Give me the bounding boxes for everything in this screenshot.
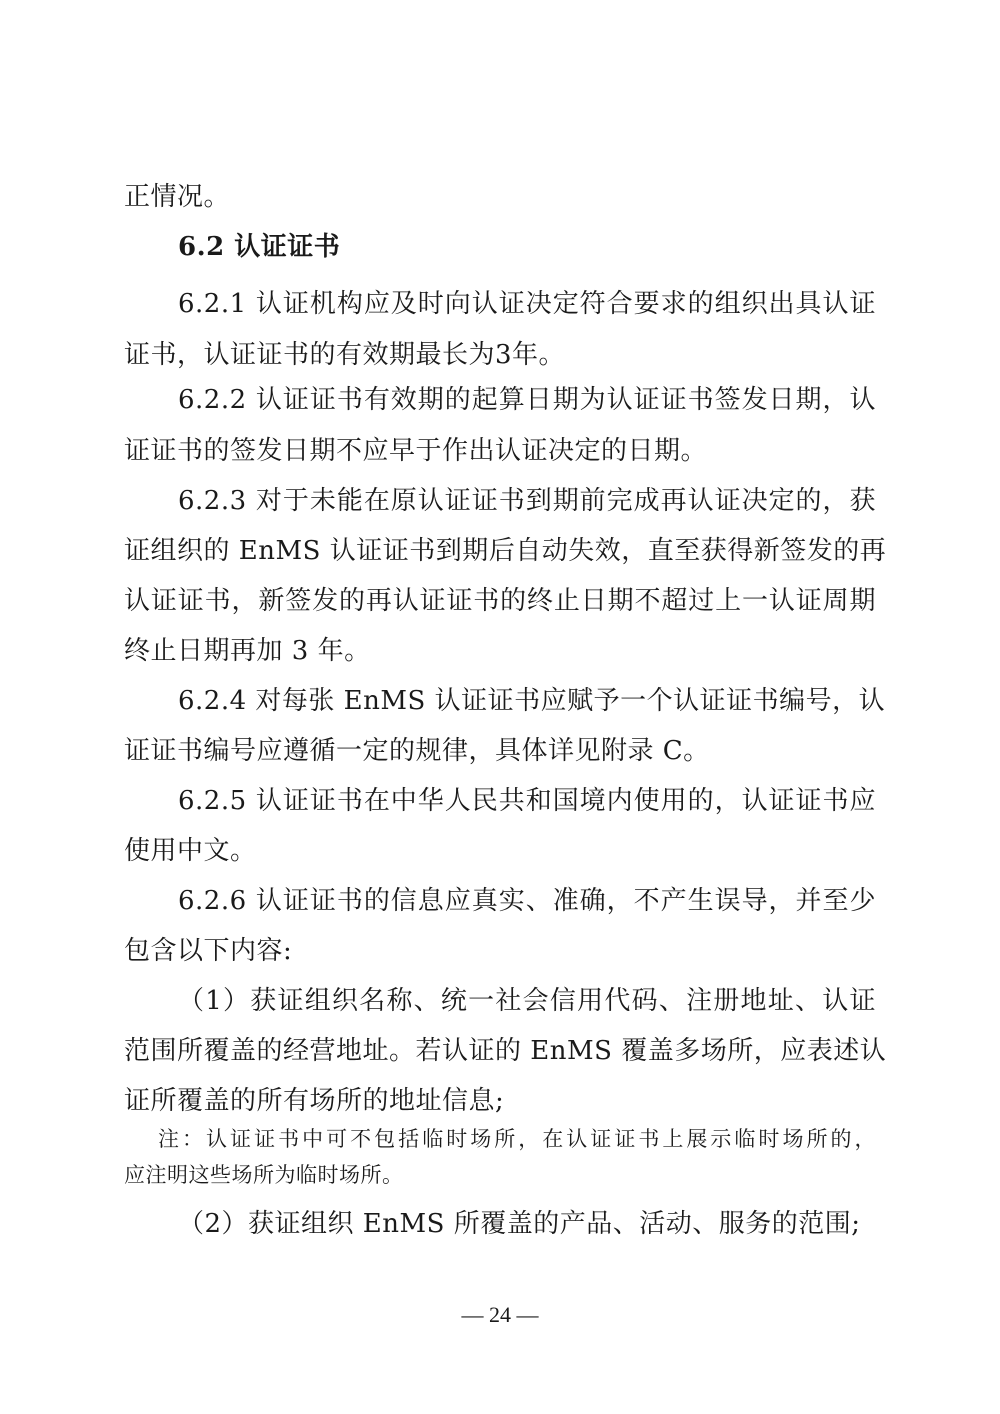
paragraph-line: 包含以下内容: xyxy=(124,936,876,966)
page-number: — 24 — xyxy=(0,1302,1000,1328)
paragraph-line: 证证书编号应遵循一定的规律，具体详见附录 C。 xyxy=(124,736,876,766)
paragraph-line: 终止日期再加 3 年。 xyxy=(124,636,876,666)
paragraph-line: 证书，认证证书的有效期最长为3年。 xyxy=(124,340,876,370)
paragraph-line: 正情况。 xyxy=(124,182,876,212)
note-line: 注：认证证书中可不包括临时场所，在认证证书上展示临时场所的， xyxy=(158,1126,876,1152)
paragraph-line: 6.2.4 对每张 EnMS 认证证书应赋予一个认证证书编号，认 xyxy=(178,686,876,716)
paragraph-line: 6.2.2 认证证书有效期的起算日期为认证证书签发日期，认 xyxy=(178,385,876,415)
section-heading: 6.2 认证证书 xyxy=(178,232,876,262)
note-line: 应注明这些场所为临时场所。 xyxy=(124,1162,876,1188)
list-item-line: 证所覆盖的所有场所的地址信息; xyxy=(124,1086,876,1116)
list-item-line: （1）获证组织名称、统一社会信用代码、注册地址、认证 xyxy=(178,986,876,1016)
paragraph-line: 6.2.3 对于未能在原认证证书到期前完成再认证决定的，获 xyxy=(178,486,876,516)
list-item-line: 范围所覆盖的经营地址。若认证的 EnMS 覆盖多场所，应表述认 xyxy=(124,1036,876,1066)
list-item-line: （2）获证组织 EnMS 所覆盖的产品、活动、服务的范围; xyxy=(178,1209,876,1239)
paragraph-line: 6.2.6 认证证书的信息应真实、准确，不产生误导，并至少 xyxy=(178,886,876,916)
paragraph-line: 6.2.1 认证机构应及时向认证决定符合要求的组织出具认证 xyxy=(178,289,876,319)
paragraph-line: 证组织的 EnMS 认证证书到期后自动失效，直至获得新签发的再 xyxy=(124,536,876,566)
paragraph-line: 使用中文。 xyxy=(124,836,876,866)
paragraph-line: 证证书的签发日期不应早于作出认证决定的日期。 xyxy=(124,436,876,466)
paragraph-line: 6.2.5 认证证书在中华人民共和国境内使用的，认证证书应 xyxy=(178,786,876,816)
paragraph-line: 认证证书，新签发的再认证证书的终止日期不超过上一认证周期 xyxy=(124,586,876,616)
